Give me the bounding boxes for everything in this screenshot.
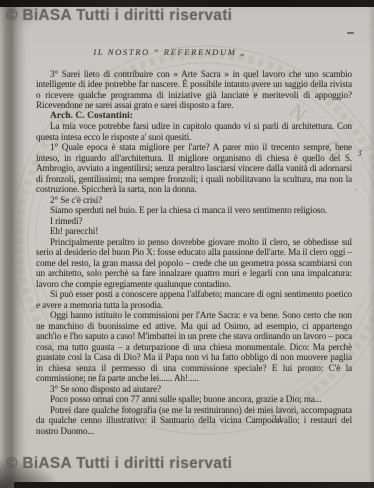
scanner-edge-bar-top bbox=[0, 0, 374, 7]
paragraph-age: Poco posso ormai con 77 anni sulle spall… bbox=[36, 394, 352, 405]
paragraph-question-3: 3° Se sono disposto ad aiutare? bbox=[36, 384, 352, 395]
paragraph-clergy: Principalmente peraltro io penso dovrebb… bbox=[36, 237, 352, 290]
page-number: 31 bbox=[272, 415, 284, 425]
paragraph-answer-2: Siamo sperduti nel buio. E per la chiesa… bbox=[36, 205, 352, 216]
section-heading-author: Arch. C. Costantini: bbox=[36, 111, 352, 122]
paragraph-remedies-answer: Eh! parecchi! bbox=[36, 226, 352, 237]
paragraph-question-2: 2° Se c'è crisi? bbox=[36, 195, 352, 206]
paragraph-photos: Potrei dare qualche fotografia (se me la… bbox=[36, 405, 352, 437]
paragraph-question-1: 1° Quale epoca è stata migliore per l'ar… bbox=[36, 142, 352, 195]
page-edge-shadow-right bbox=[368, 0, 374, 488]
book-gutter-shadow bbox=[0, 0, 30, 488]
ink-speck bbox=[347, 32, 354, 34]
scanner-edge-bar-bottom bbox=[14, 482, 374, 488]
paragraph-remedies-question: I rimedi? bbox=[36, 216, 352, 227]
watermark-top: © BiASA Tutti i diritti riservati bbox=[6, 7, 232, 25]
paragraph-reply-3: 3° Sarei lieto di contribuire con « Arte… bbox=[36, 69, 352, 111]
paragraph-alphabet: Si può esser posti a conoscere appena l'… bbox=[36, 289, 352, 310]
scanned-page: N N O · C © BiASA Tutti i diritti riserv… bbox=[0, 0, 374, 488]
running-title: IL NOSTRO “ REFERENDUM „ bbox=[12, 47, 328, 58]
pen-mark: ʒ bbox=[357, 146, 362, 156]
watermark-bottom: © BiASA Tutti i diritti riservati bbox=[6, 455, 232, 473]
paragraph-intro: La mia voce potrebbe farsi udire in capi… bbox=[36, 121, 352, 142]
paragraph-commissions: Oggi hanno istituito le commissioni per … bbox=[36, 310, 352, 384]
article-text-block: IL NOSTRO “ REFERENDUM „ 3° Sarei lieto … bbox=[36, 47, 352, 436]
